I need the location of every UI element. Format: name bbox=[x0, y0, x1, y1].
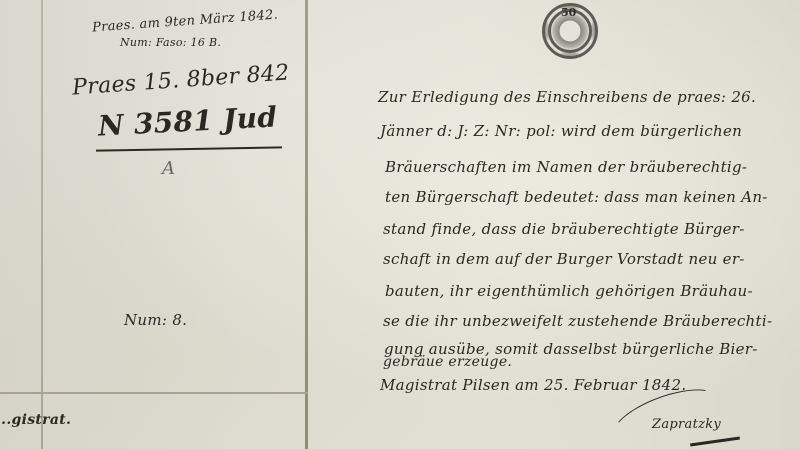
body-line-6: schaft in dem auf der Burger Vorstadt ne… bbox=[383, 250, 745, 268]
closing-place-date: Magistrat Pilsen am 25. Februar 1842. bbox=[380, 376, 686, 394]
body-line-2: Jänner d: J: Z: Nr: pol: wird dem bürger… bbox=[380, 122, 742, 140]
magistrat-fragment: ...gistrat. bbox=[0, 412, 71, 428]
file-number-note: Num: Faso: 16 B. bbox=[120, 36, 221, 49]
signature: Zapratzky bbox=[652, 417, 721, 432]
fold-line-left bbox=[41, 0, 43, 449]
body-line-7: bauten, ihr eigenthümlich gehörigen Bräu… bbox=[385, 282, 753, 300]
body-line-3: Bräuerschaften im Namen der bräuberechti… bbox=[385, 158, 747, 176]
body-line-4: ten Bürgerschaft bedeutet: dass man kein… bbox=[385, 188, 768, 206]
fold-line-horizontal bbox=[0, 392, 308, 394]
margin-mark: A bbox=[162, 158, 175, 179]
body-line-10-visible: gebräue erzeuge. bbox=[383, 354, 512, 370]
body-line-5: stand finde, dass die bräuberechtigte Bü… bbox=[383, 220, 745, 238]
body-line-1: Zur Erledigung des Einschreibens de prae… bbox=[378, 88, 756, 106]
body-line-8: se die ihr unbezweifelt zustehende Bräub… bbox=[383, 312, 772, 330]
number-note: Num: 8. bbox=[124, 311, 187, 329]
fold-line-middle bbox=[305, 0, 308, 449]
stamp-value: 50 bbox=[561, 6, 576, 19]
